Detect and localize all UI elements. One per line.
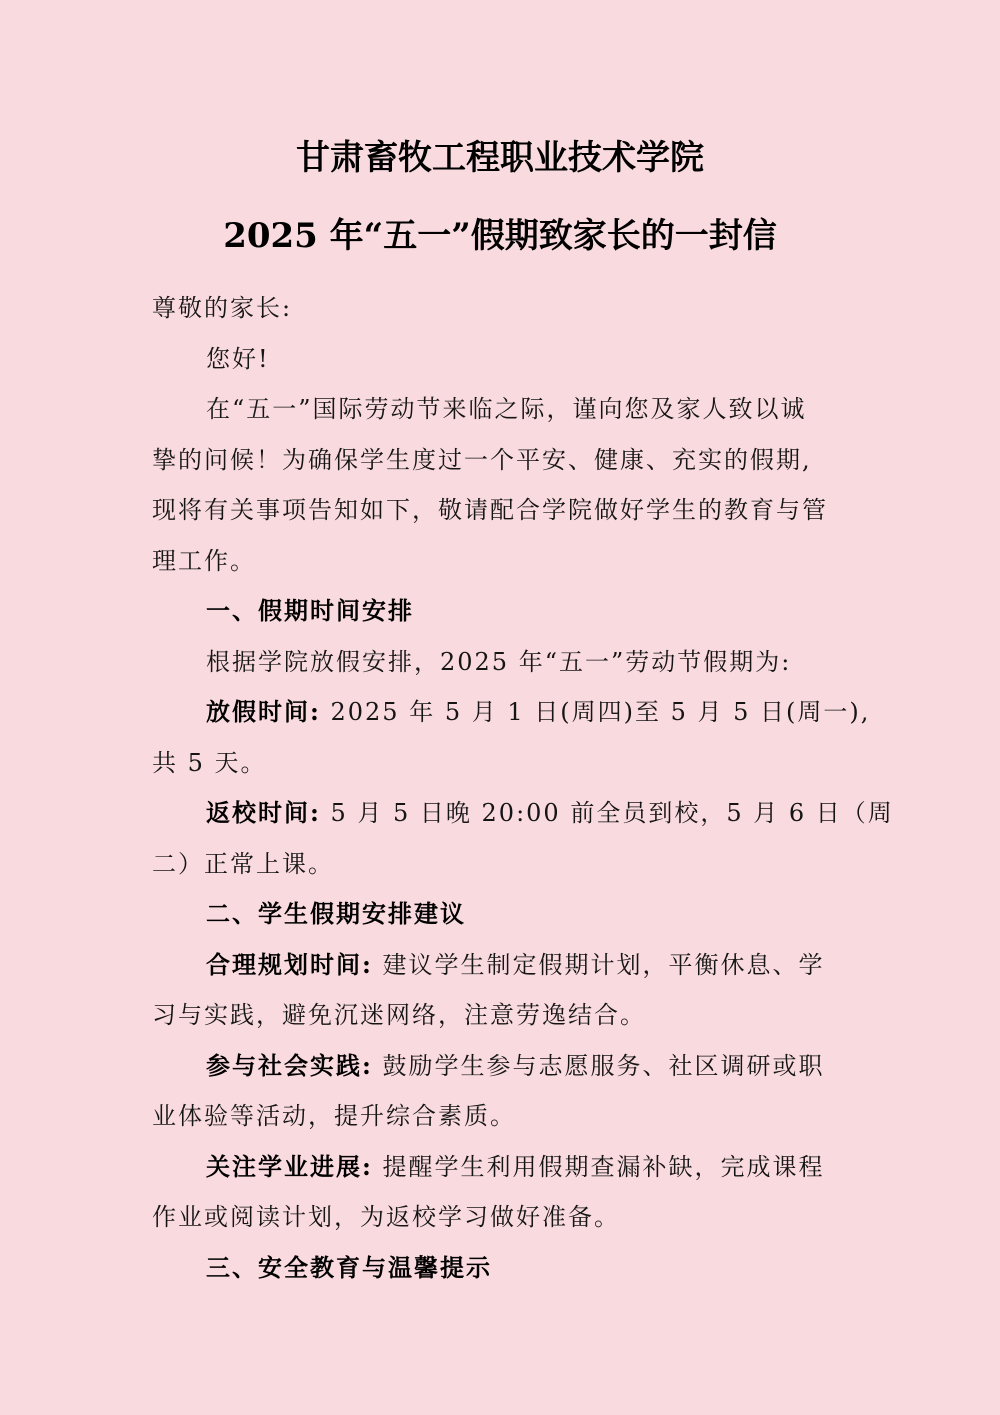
- holiday-period-label: 放假时间:: [206, 697, 321, 726]
- section-heading-suggestions: 二、学生假期安排建议: [206, 898, 906, 930]
- return-time-line: 返校时间: 5 月 5 日晚 20:00 前全员到校，5 月 6 日（周: [206, 797, 906, 829]
- return-time-cont: 二）正常上课。: [152, 848, 852, 880]
- holiday-period-text: 2025 年 5 月 1 日(周四)至 5 月 5 日(周一),: [321, 698, 871, 726]
- academic-progress-label: 关注学业进展:: [206, 1152, 373, 1181]
- section-heading-safety: 三、安全教育与温馨提示: [206, 1252, 906, 1284]
- salutation: 尊敬的家长:: [152, 292, 852, 324]
- holiday-period-line: 放假时间: 2025 年 5 月 1 日(周四)至 5 月 5 日(周一),: [206, 696, 906, 728]
- intro-line: 在“五一”国际劳动节来临之际，谨向您及家人致以诚: [206, 393, 906, 425]
- social-practice-label: 参与社会实践:: [206, 1051, 373, 1080]
- return-time-text: 5 月 5 日晚 20:00 前全员到校，5 月 6 日（周: [321, 799, 894, 827]
- social-practice-line: 参与社会实践: 鼓励学生参与志愿服务、社区调研或职: [206, 1050, 906, 1082]
- intro-line: 理工作。: [152, 545, 852, 577]
- return-time-label: 返校时间:: [206, 798, 321, 827]
- social-practice-text: 鼓励学生参与志愿服务、社区调研或职: [373, 1052, 825, 1080]
- plan-time-text: 建议学生制定假期计划，平衡休息、学: [373, 951, 825, 979]
- plan-time-line: 合理规划时间: 建议学生制定假期计划，平衡休息、学: [206, 949, 906, 981]
- academic-progress-cont: 作业或阅读计划，为返校学习做好准备。: [152, 1201, 852, 1233]
- academic-progress-line: 关注学业进展: 提醒学生利用假期查漏补缺，完成课程: [206, 1151, 906, 1183]
- section-heading-schedule: 一、假期时间安排: [206, 595, 906, 627]
- intro-line: 挚的问候！为确保学生度过一个平安、健康、充实的假期,: [152, 444, 852, 476]
- social-practice-cont: 业体验等活动，提升综合素质。: [152, 1100, 852, 1132]
- holiday-period-cont: 共 5 天。: [152, 747, 852, 779]
- document-title-institution: 甘肃畜牧工程职业技术学院: [0, 138, 1000, 178]
- letter-page: 甘肃畜牧工程职业技术学院 2025 年“五一”假期致家长的一封信 尊敬的家长: …: [0, 0, 1000, 1415]
- schedule-intro: 根据学院放假安排，2025 年“五一”劳动节假期为:: [206, 646, 906, 678]
- plan-time-label: 合理规划时间:: [206, 950, 373, 979]
- intro-line: 现将有关事项告知如下，敬请配合学院做好学生的教育与管: [152, 494, 852, 526]
- document-title-letter: 2025 年“五一”假期致家长的一封信: [0, 216, 1000, 256]
- academic-progress-text: 提醒学生利用假期查漏补缺，完成课程: [373, 1153, 825, 1181]
- plan-time-cont: 习与实践，避免沉迷网络，注意劳逸结合。: [152, 999, 852, 1031]
- greeting: 您好!: [206, 343, 906, 375]
